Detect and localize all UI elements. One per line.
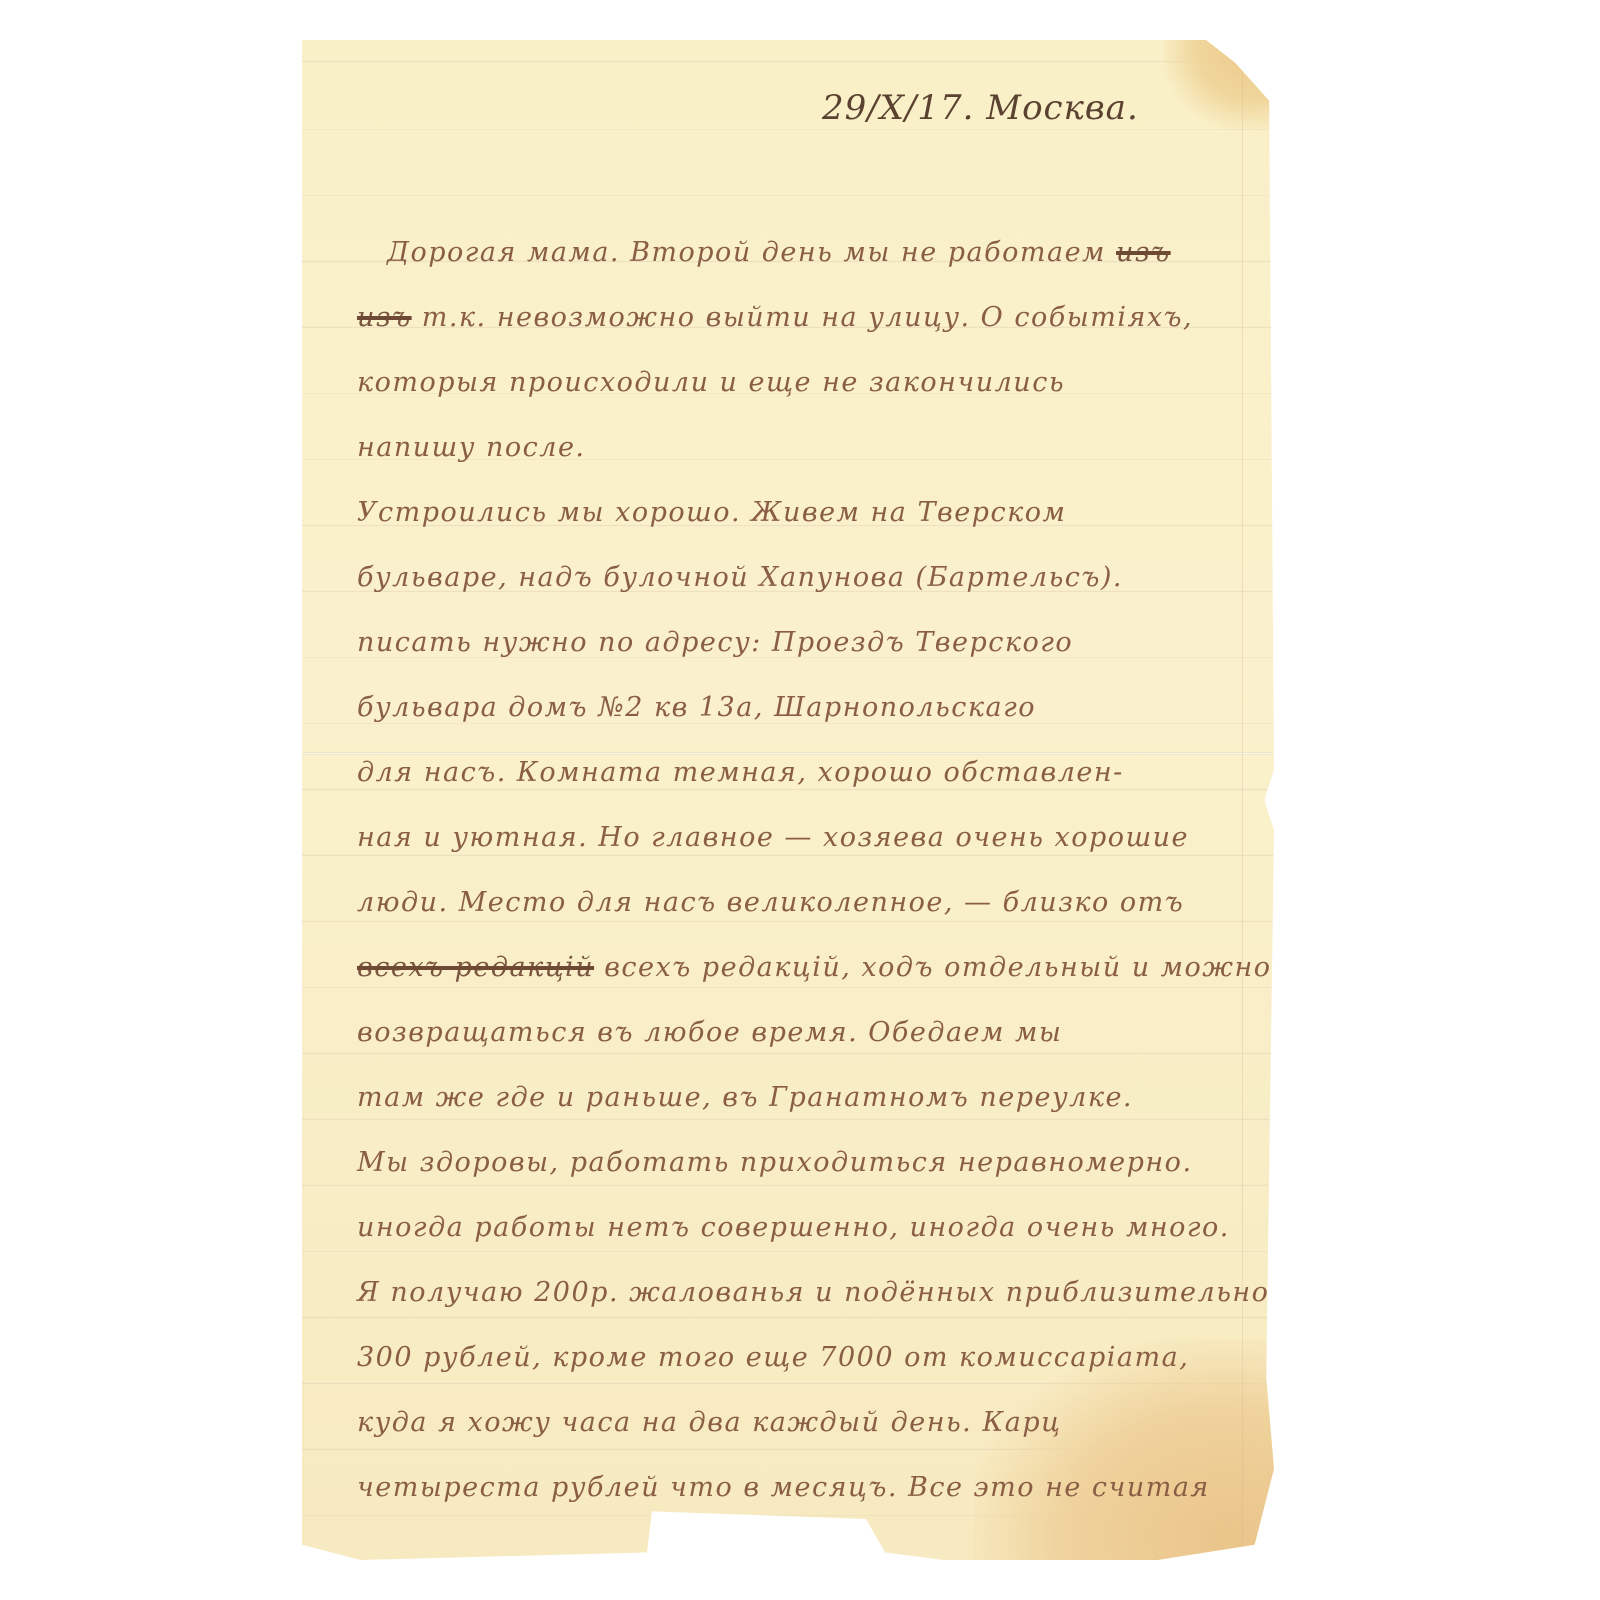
- struck-word: изъ: [357, 302, 412, 333]
- letter-line: изъ т.к. невозможно выйти на улицу. О со…: [357, 285, 1237, 350]
- letter-header: 29/X/17. Москва.: [822, 88, 1139, 128]
- letter-line: бульваре, надъ булочной Хапунова (Бартел…: [357, 545, 1237, 610]
- letter-line: которыя происходили и еще не закончились: [357, 350, 1237, 415]
- letter-line: 300 рублей, кроме того еще 7000 от комис…: [357, 1325, 1237, 1390]
- letter-line: иногда работы нетъ совершенно, иногда оч…: [357, 1195, 1237, 1260]
- paper-stain-top-corner: [1164, 40, 1274, 130]
- struck-word: изъ: [1116, 237, 1171, 268]
- letter-line: Устроились мы хорошо. Живем на Тверском: [357, 480, 1237, 545]
- letter-line: четыреста рублей что в месяцъ. Все это н…: [357, 1455, 1237, 1520]
- letter-body: Дорогая мама. Второй день мы не работаем…: [357, 220, 1237, 1520]
- letter-line: возвращаться въ любое время. Обедаем мы: [357, 1000, 1237, 1065]
- letter-line: Дорогая мама. Второй день мы не работаем…: [357, 220, 1237, 285]
- letter-line: для насъ. Комната темная, хорошо обставл…: [357, 740, 1237, 805]
- letter-line: куда я хожу часа на два каждый день. Кар…: [357, 1390, 1237, 1455]
- letter-line: напишу после.: [357, 415, 1237, 480]
- letter-line: писать нужно по адресу: Проездъ Тверског…: [357, 610, 1237, 675]
- letter-line: бульвара домъ №2 кв 13а, Шарнопольскаго: [357, 675, 1237, 740]
- letter-line: люди. Место для насъ великолепное, — бли…: [357, 870, 1237, 935]
- margin-rule: [1242, 40, 1243, 1560]
- struck-word: всехъ редакцій: [357, 952, 594, 983]
- letter-date: 29/X/17.: [822, 88, 974, 128]
- letter-line: Я получаю 200р. жалованья и подённых при…: [357, 1260, 1237, 1325]
- letter-line: ная и уютная. Но главное — хозяева очень…: [357, 805, 1237, 870]
- letter-line: Мы здоровы, работать приходиться неравно…: [357, 1130, 1237, 1195]
- letter-line: там же где и раньше, въ Гранатномъ переу…: [357, 1065, 1237, 1130]
- letter-line: всехъ редакцій всехъ редакцій, ходъ отде…: [357, 935, 1237, 1000]
- letter-sheet: 29/X/17. Москва. Дорогая мама. Второй де…: [302, 40, 1274, 1560]
- letter-place: Москва.: [986, 88, 1139, 128]
